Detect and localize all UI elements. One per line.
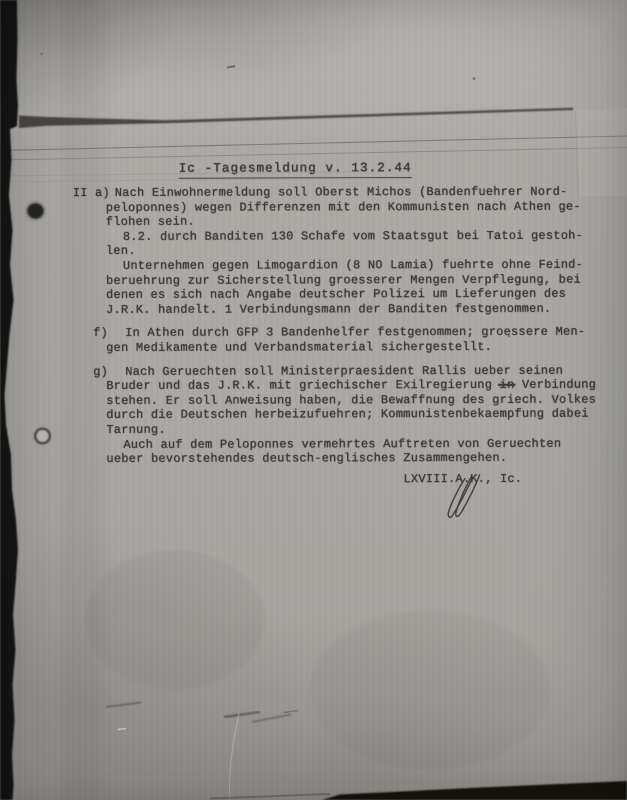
line-text: len. — [106, 244, 136, 258]
signature-line: LXVIII.A.K., Ic. — [403, 471, 613, 486]
report-title: Ic -Tagesmeldung v. 13.2.44 — [179, 160, 412, 178]
line-text: beruehrung zur Sicherstellung groesserer… — [106, 272, 581, 287]
section-label: f) — [93, 326, 108, 341]
typed-line: g)Nach Geruechten soll Ministerpraesiden… — [73, 363, 613, 379]
typewritten-page: Ic -Tagesmeldung v. 13.2.44 II a)Nach Ei… — [0, 0, 627, 800]
typed-line: Unternehmen gegen Limogardion (8 NO Lami… — [73, 258, 613, 274]
typed-line: Bruder und das J.R.K. mit griechischer E… — [73, 378, 613, 394]
typed-line: II a)Nach Einwohnermeldung soll Oberst M… — [73, 185, 613, 201]
typed-line: Auch auf dem Peloponnes vermehrtes Auftr… — [73, 436, 613, 452]
scanned-document-photo: Ic -Tagesmeldung v. 13.2.44 II a)Nach Ei… — [0, 0, 627, 800]
report-title-text: Ic -Tagesmeldung v. 13.2.44 — [179, 160, 412, 178]
struck-word: in — [500, 378, 515, 392]
section-label: g) — [93, 364, 108, 379]
line-text: ueber bevorstehendes deutsch-englisches … — [106, 451, 507, 466]
line-text: Nach Einwohnermeldung soll Oberst Michos… — [115, 185, 568, 200]
typed-line: 8.2. durch Banditen 130 Schafe vom Staat… — [73, 228, 613, 244]
typed-line: gen Medikamente und Verbandsmaterial sic… — [73, 339, 613, 355]
typed-line: f)In Athen durch GFP 3 Bandenhelfer fest… — [73, 325, 613, 341]
typed-line: flohen sein. — [73, 214, 613, 230]
unit-signature-text: LXVIII.A.K., Ic. — [403, 471, 522, 485]
signature-block: LXVIII.A.K., Ic. — [73, 471, 613, 487]
typed-line: beruehrung zur Sicherstellung groesserer… — [73, 272, 613, 288]
line-text: Unternehmen gegen Limogardion (8 NO Lami… — [123, 258, 583, 273]
typed-body: II a)Nach Einwohnermeldung soll Oberst M… — [73, 185, 614, 488]
line-text: Nach Geruechten soll Ministerpraesident … — [125, 363, 563, 378]
section-g: g)Nach Geruechten soll Ministerpraesiden… — [73, 363, 613, 467]
line-text: Bruder und das J.R.K. mit griechischer E… — [106, 378, 499, 393]
line-text: Verbindung — [514, 378, 596, 392]
line-text: denen es sich nach Angabe deutscher Poli… — [106, 287, 566, 302]
line-text: In Athen durch GFP 3 Bandenhelfer festge… — [125, 325, 585, 340]
line-text: Auch auf dem Peloponnes vermehrtes Auftr… — [123, 436, 561, 451]
line-text: flohen sein. — [106, 215, 195, 229]
typed-line: denen es sich nach Angabe deutscher Poli… — [73, 287, 613, 303]
typed-line: Tarnung. — [73, 421, 613, 437]
line-text: stehen. Er soll Anweisung haben, die Bew… — [106, 392, 596, 407]
typed-line: ueber bevorstehendes deutsch-englisches … — [73, 451, 613, 467]
typed-line: len. — [73, 243, 613, 259]
typed-line: peloponnes) wegen Differenzen mit den Ko… — [73, 199, 613, 215]
line-text: durch die Deutschen herbeizufuehren; Kom… — [106, 407, 588, 422]
typed-line: durch die Deutschen herbeizufuehren; Kom… — [73, 407, 613, 423]
line-text: J.R.K. handelt. 1 Verbindungsmann der Ba… — [106, 301, 551, 316]
line-text: gen Medikamente und Verbandsmaterial sic… — [106, 340, 492, 355]
section-f: f)In Athen durch GFP 3 Bandenhelfer fest… — [73, 325, 613, 356]
line-text: Tarnung. — [106, 423, 165, 437]
line-text: 8.2. durch Banditen 130 Schafe vom Staat… — [123, 228, 583, 243]
typed-line: J.R.K. handelt. 1 Verbindungsmann der Ba… — [73, 301, 613, 317]
line-text: peloponnes) wegen Differenzen mit den Ko… — [106, 199, 581, 214]
section-IIa: II a)Nach Einwohnermeldung soll Oberst M… — [73, 185, 613, 318]
section-label: II a) — [73, 186, 110, 201]
